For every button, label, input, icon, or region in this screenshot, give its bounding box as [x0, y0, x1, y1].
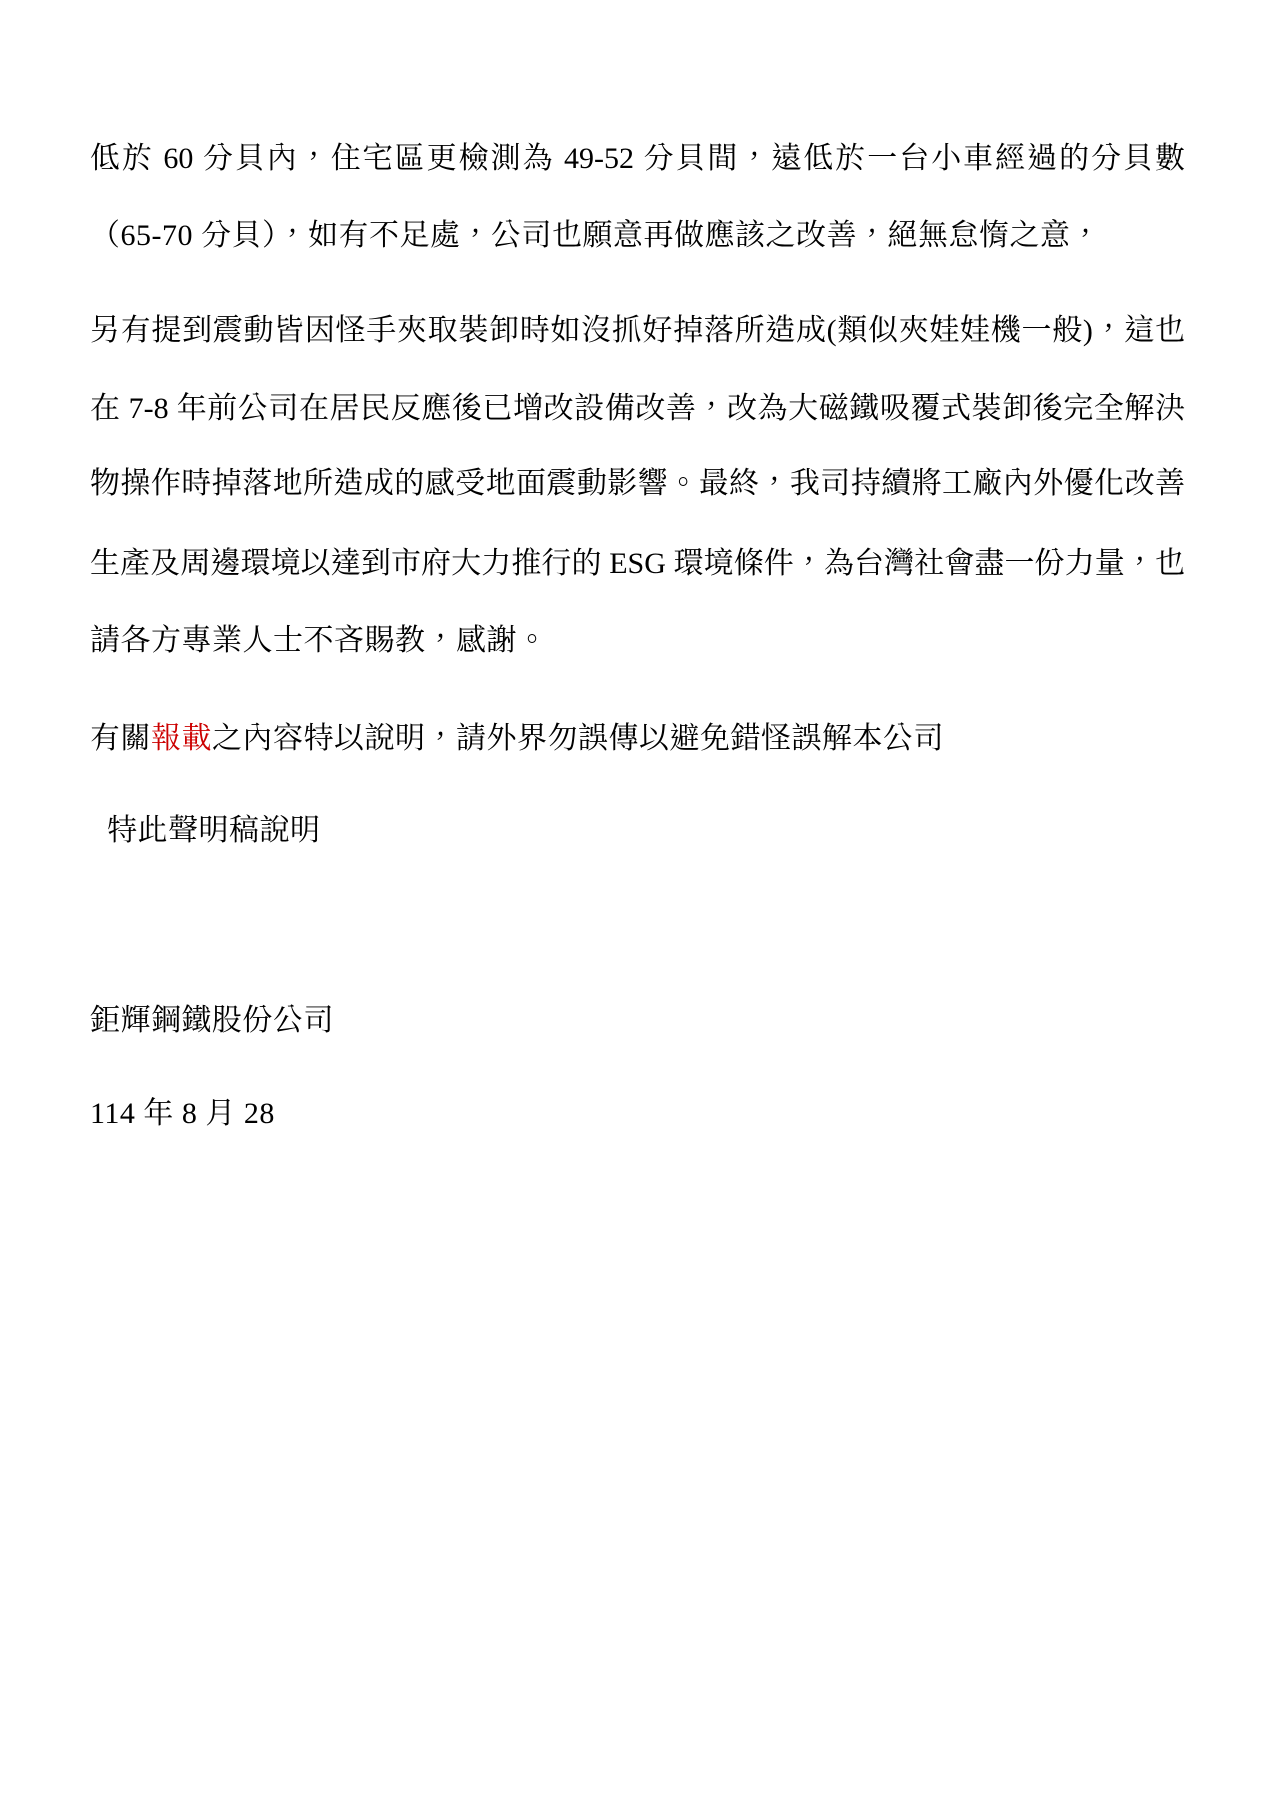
statement-document-page: 低於 60 分貝內，住宅區更檢測為 49-52 分貝間，遠低於一台小車經過的分貝… — [0, 0, 1280, 1810]
paragraph-declaration-line: 特此聲明稿說明 — [107, 813, 321, 849]
paragraph-vibration-line-4: 生產及周邊環境以達到市府大力推行的 ESG 環境條件，為台灣社會盡一份力量，也 — [90, 546, 1185, 582]
signature-date: 114 年 8 月 28 — [90, 1096, 275, 1132]
clarification-suffix-text: 之內容特以說明，請外界勿誤傳以避免錯怪誤解本公司 — [212, 722, 944, 755]
paragraph-vibration-line-5: 請各方專業人士不吝賜教，感謝。 — [90, 623, 548, 659]
paragraph-noise-line-2: （65-70 分貝），如有不足處，公司也願意再做應該之改善，絕無怠惰之意， — [90, 218, 1101, 254]
signature-company-name: 鉅輝鋼鐵股份公司 — [90, 1003, 334, 1039]
paragraph-vibration-line-2: 在 7-8 年前公司在居民反應後已增改設備改善，改為大磁鐵吸覆式裝卸後完全解決 — [90, 391, 1185, 427]
clarification-highlighted-term: 報載 — [151, 722, 212, 755]
clarification-prefix-text: 有關 — [90, 722, 151, 755]
paragraph-noise-line-1: 低於 60 分貝內，住宅區更檢測為 49-52 分貝間，遠低於一台小車經過的分貝… — [90, 141, 1185, 177]
paragraph-vibration-line-1: 另有提到震動皆因怪手夾取裝卸時如沒抓好掉落所造成(類似夾娃娃機一般)，這也 — [90, 313, 1185, 349]
paragraph-vibration-line-3: 物操作時掉落地所造成的感受地面震動影響。最終，我司持續將工廠內外優化改善 — [90, 466, 1185, 502]
paragraph-clarification-line: 有關報載之內容特以說明，請外界勿誤傳以避免錯怪誤解本公司 — [90, 721, 944, 757]
